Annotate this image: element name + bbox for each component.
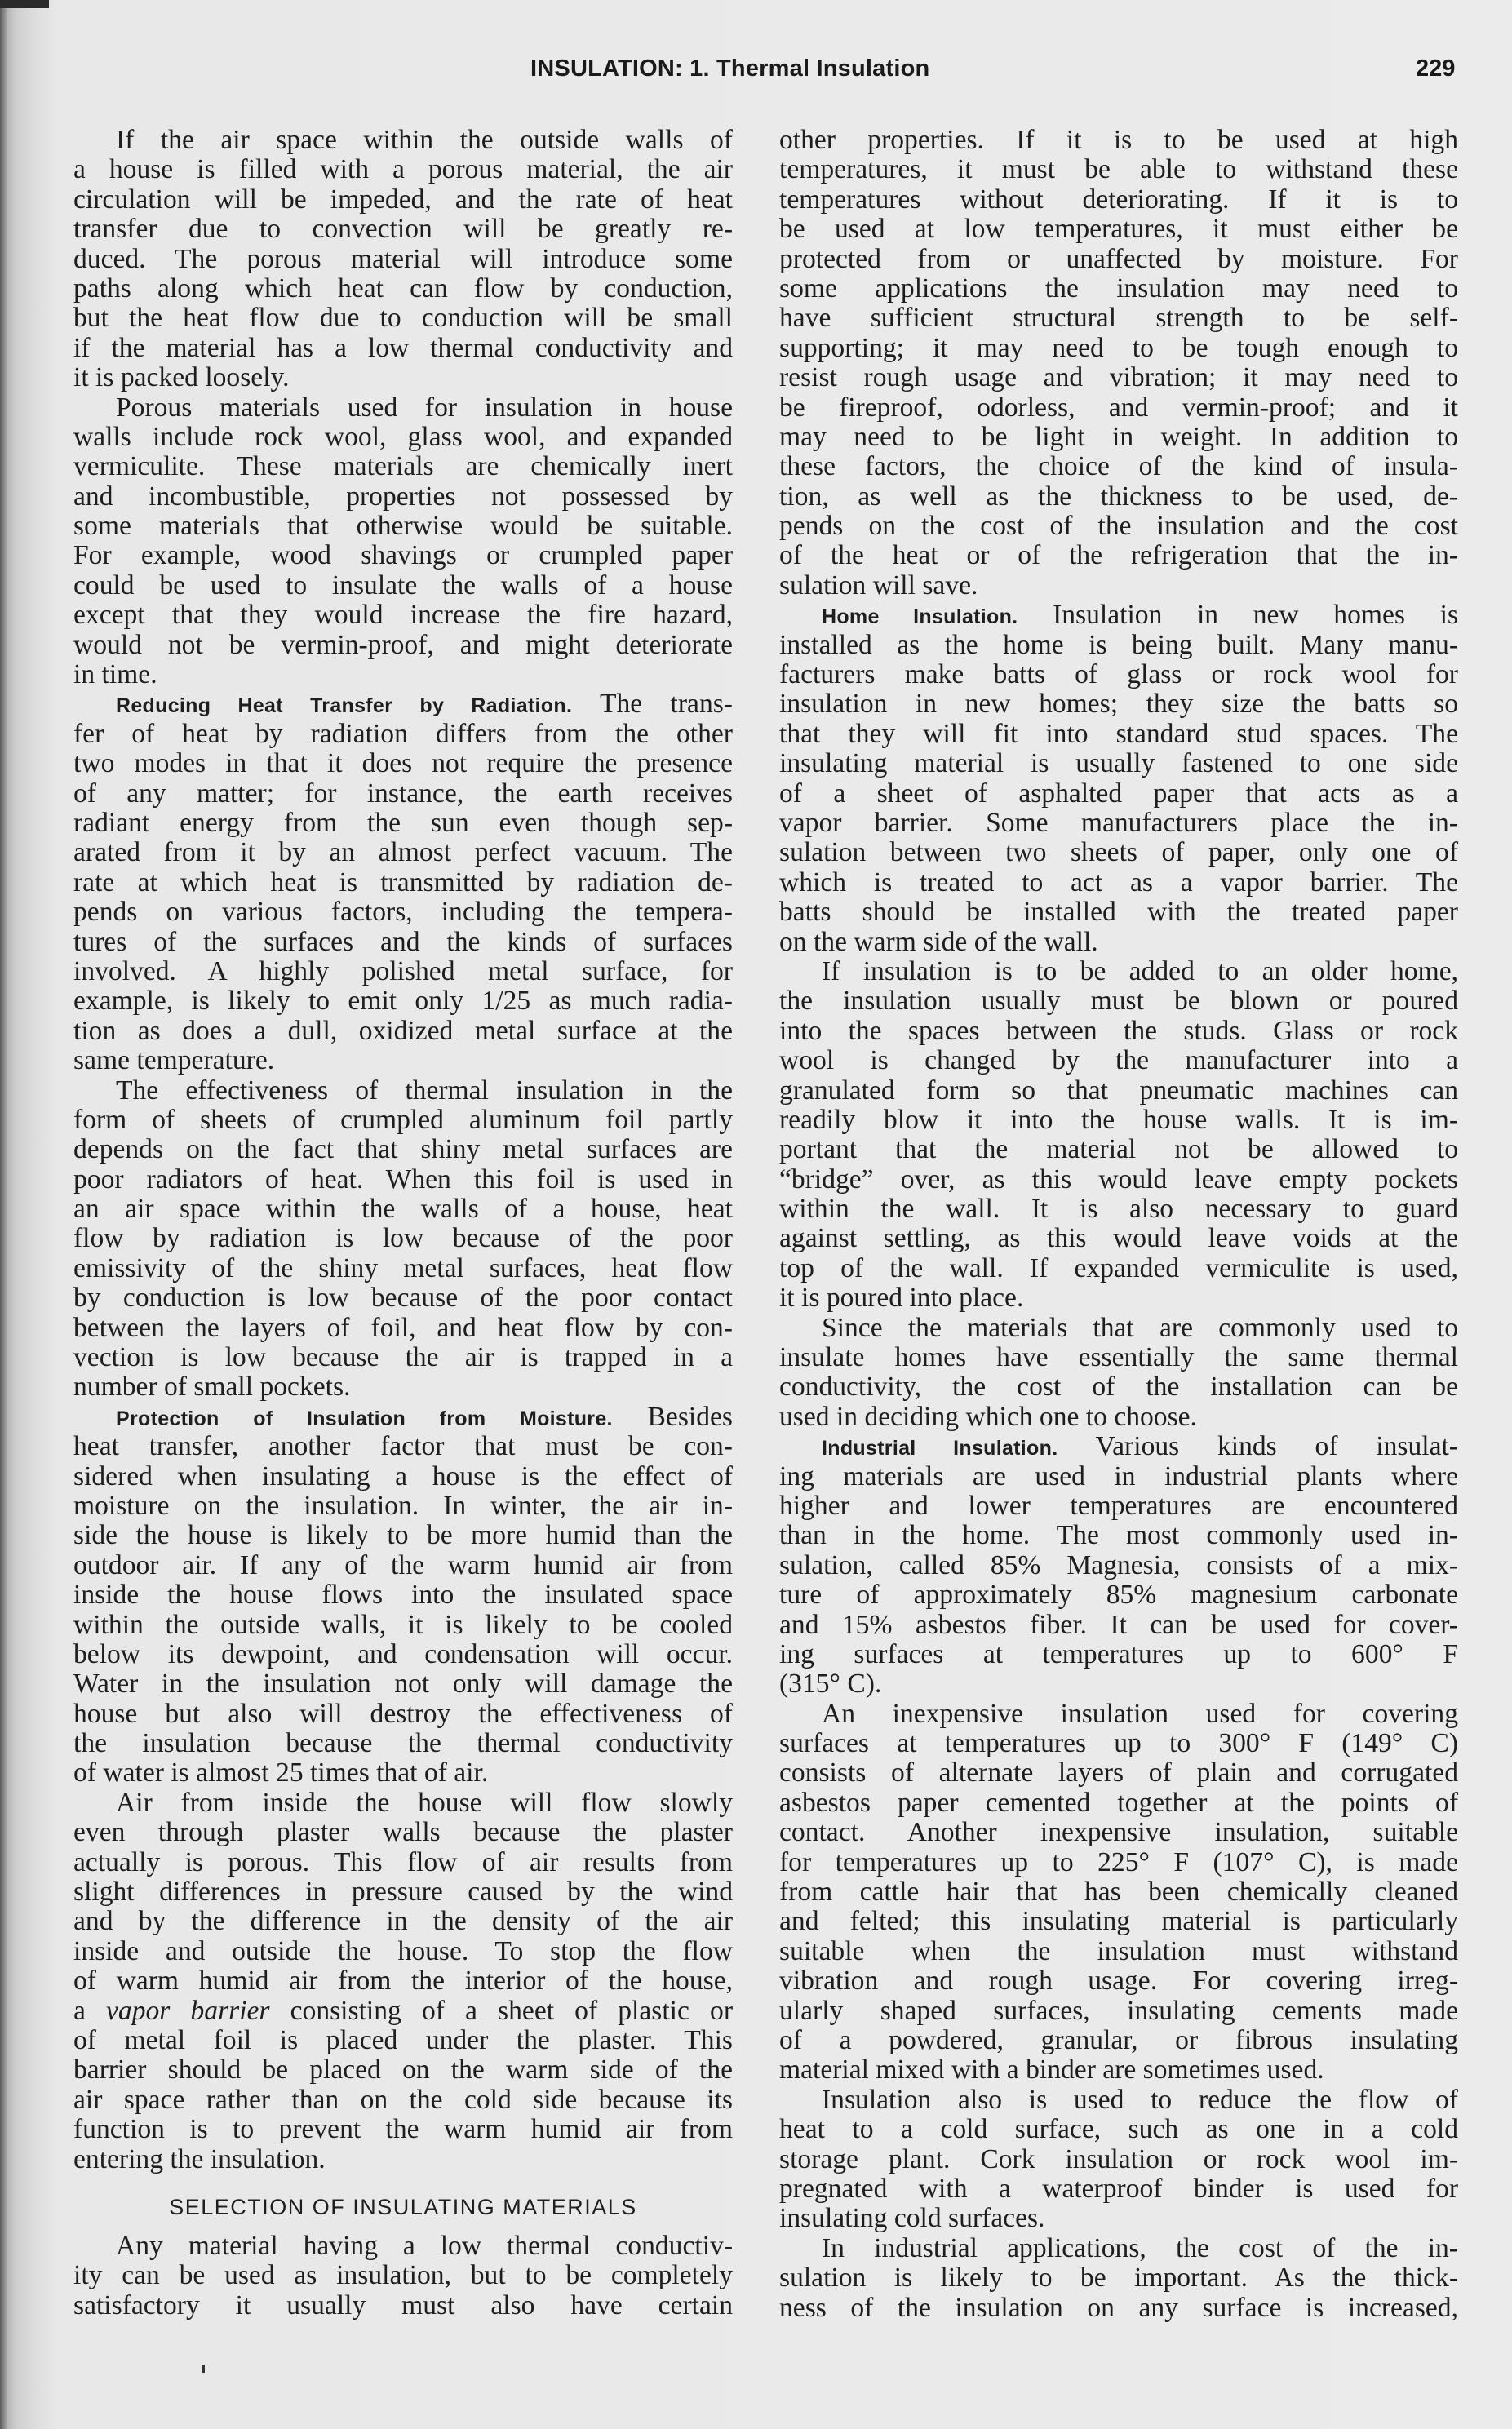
paragraph-line: entering the insulation. <box>73 2145 733 2174</box>
paragraph-line: two modes in that it does not require th… <box>73 749 733 778</box>
paragraph-line: ing surfaces at temperatures up to 600° … <box>779 1640 1458 1669</box>
left-column: If the air space within the outside wall… <box>73 126 733 2320</box>
paragraph-line: the insulation because the thermal condu… <box>73 1729 733 1758</box>
paragraph-aluminum-foil: The effectiveness of thermal insulation … <box>73 1076 733 1403</box>
term-vapor-barrier: vapor barrier <box>106 1996 269 2026</box>
paragraph-line: by conduction is low because of the poor… <box>73 1283 733 1313</box>
run-in-heading-home: Home Insulation. <box>822 605 1018 628</box>
paragraph-line: depends on the fact that shiny metal sur… <box>73 1135 733 1164</box>
running-head: INSULATION: 1. Thermal Insulation 229 <box>0 55 1512 88</box>
paragraph-line: If the air space within the outside wall… <box>73 126 733 155</box>
paragraph-line: “bridge” over, as this would leave empty… <box>779 1165 1458 1195</box>
paragraph-line: supporting; it may need to be tough enou… <box>779 334 1458 363</box>
paragraph-line: batts should be installed with the treat… <box>779 898 1458 927</box>
paragraph-line: sulation is likely to be important. As t… <box>779 2263 1458 2293</box>
paragraph-line: contact. Another inexpensive insulation,… <box>779 1818 1458 1847</box>
paragraph-line: higher and lower temperatures are encoun… <box>779 1492 1458 1521</box>
paragraph-line: except that they would increase the fire… <box>73 601 733 630</box>
paragraph-line: Reducing Heat Transfer by Radiation. The… <box>73 689 733 719</box>
paragraph-older-home: If insulation is to be added to an older… <box>779 957 1458 1314</box>
paragraph-line: emissivity of the shiny metal surfaces, … <box>73 1254 733 1283</box>
paragraph-line: inside and outside the house. To stop th… <box>73 1937 733 1966</box>
paragraph-line: sidered when insulating a house is the e… <box>73 1462 733 1492</box>
paragraph-other-properties: other properties. If it is to be used at… <box>779 126 1458 601</box>
paragraph-line: against settling, as this would leave vo… <box>779 1224 1458 1253</box>
paragraph-line: vermiculite. These materials are chemica… <box>73 452 733 481</box>
paragraph-porous-fill: If the air space within the outside wall… <box>73 126 733 393</box>
paragraph-line: tures of the surfaces and the kinds of s… <box>73 928 733 957</box>
paragraph-line: protected from or unaffected by moisture… <box>779 245 1458 274</box>
paragraph-vapor-barrier: Air from inside the house will flow slow… <box>73 1789 733 2174</box>
paragraph-line: be used at low temperatures, it must eit… <box>779 215 1458 244</box>
paragraph-line: than in the home. The most commonly used… <box>779 1521 1458 1550</box>
paragraph-line: resist rough usage and vibration; it may… <box>779 363 1458 392</box>
paragraph-line: below its dewpoint, and condensation wil… <box>73 1640 733 1669</box>
paragraph-line: vibration and rough usage. For covering … <box>779 1966 1458 1996</box>
paragraph-line: of any matter; for instance, the earth r… <box>73 779 733 809</box>
paragraph-line: duced. The porous material will introduc… <box>73 245 733 274</box>
paragraph-line: some materials that otherwise would be s… <box>73 512 733 541</box>
paragraph-line: Home Insulation. Insulation in new homes… <box>779 601 1458 630</box>
paragraph-line: same temperature. <box>73 1046 733 1075</box>
paragraph-line: Water in the insulation not only will da… <box>73 1669 733 1699</box>
run-in-heading-industrial: Industrial Insulation. <box>822 1437 1058 1460</box>
paragraph-line: of water is almost 25 times that of air. <box>73 1758 733 1788</box>
paragraph-moisture: Protection of Insulation from Moisture. … <box>73 1403 733 1789</box>
paragraph-line: suitable when the insulation must withst… <box>779 1937 1458 1966</box>
paragraph-line: temperatures, it must be able to withsta… <box>779 155 1458 184</box>
paragraph-line: from cattle hair that has been chemicall… <box>779 1877 1458 1907</box>
paragraph-line: storage plant. Cork insulation or rock w… <box>779 2145 1458 2174</box>
paragraph-line: that they will fit into standard stud sp… <box>779 720 1458 749</box>
paragraph-line: these factors, the choice of the kind of… <box>779 452 1458 481</box>
paragraph-line: rate at which heat is transmitted by rad… <box>73 868 733 898</box>
paragraph-line: ity can be used as insulation, but to be… <box>73 2261 733 2290</box>
paragraph-line: have sufficient structural strength to b… <box>779 304 1458 333</box>
paragraph-line: and felted; this insulating material is … <box>779 1907 1458 1936</box>
paragraph-porous-materials: Porous materials used for insulation in … <box>73 393 733 690</box>
paragraph-line: asbestos paper cemented together at the … <box>779 1789 1458 1818</box>
paragraph-line: consists of alternate layers of plain an… <box>779 1758 1458 1788</box>
paragraph-line: Since the materials that are commonly us… <box>779 1314 1458 1343</box>
paragraph-line: but the heat flow due to conduction will… <box>73 304 733 333</box>
paragraph-line: readily blow it into the house walls. It… <box>779 1106 1458 1135</box>
paragraph-radiation: Reducing Heat Transfer by Radiation. The… <box>73 689 733 1075</box>
running-title: INSULATION: 1. Thermal Insulation <box>530 55 929 82</box>
paragraph-line: within the wall. It is also necessary to… <box>779 1195 1458 1224</box>
paragraph-line: function is to prevent the warm humid ai… <box>73 2115 733 2144</box>
right-column: other properties. If it is to be used at… <box>779 126 1458 2323</box>
paragraph-line: an air space within the walls of a house… <box>73 1195 733 1224</box>
paragraph-line: sulation will save. <box>779 571 1458 601</box>
paragraph-line: outdoor air. If any of the warm humid ai… <box>73 1551 733 1580</box>
paragraph-line: inside the house flows into the insulate… <box>73 1580 733 1610</box>
paragraph-line: insulating cold surfaces. <box>779 2204 1458 2233</box>
paragraph-cold-surface: Insulation also is used to reduce the fl… <box>779 2085 1458 2234</box>
paragraph-line: and 15% asbestos fiber. It can be used f… <box>779 1611 1458 1640</box>
paragraph-line: within the outside walls, it is likely t… <box>73 1611 733 1640</box>
paragraph-line: ture of approximately 85% magnesium carb… <box>779 1580 1458 1610</box>
paragraph-line: vection is low because the air is trappe… <box>73 1343 733 1372</box>
paragraph-line: into the spaces between the studs. Glass… <box>779 1017 1458 1046</box>
paragraph-line: the insulation usually must be blown or … <box>779 986 1458 1016</box>
book-page: INSULATION: 1. Thermal Insulation 229 If… <box>0 0 1512 2429</box>
paragraph-line: air space rather than on the cold side b… <box>73 2085 733 2115</box>
paragraph-line: other properties. If it is to be used at… <box>779 126 1458 155</box>
paragraph-line: An inexpensive insulation used for cover… <box>779 1700 1458 1729</box>
paragraph-line: temperatures without deteriorating. If i… <box>779 185 1458 215</box>
paragraph-industrial: Industrial Insulation. Various kinds of … <box>779 1432 1458 1700</box>
paragraph-line: pends on the cost of the insulation and … <box>779 512 1458 541</box>
paragraph-line: house but also will destroy the effectiv… <box>73 1700 733 1729</box>
paragraph-line: paths along which heat can flow by condu… <box>73 274 733 304</box>
paragraph-line: heat transfer, another factor that must … <box>73 1432 733 1461</box>
paragraph-line: on the warm side of the wall. <box>779 928 1458 957</box>
paragraph-line: form of sheets of crumpled aluminum foil… <box>73 1106 733 1135</box>
paragraph-line: vapor barrier. Some manufacturers place … <box>779 809 1458 838</box>
paragraph-line: heat to a cold surface, such as one in a… <box>779 2115 1458 2144</box>
paragraph-line: may need to be light in weight. In addit… <box>779 423 1458 452</box>
paragraph-line: pends on various factors, including the … <box>73 898 733 927</box>
paragraph-line: a vapor barrier consisting of a sheet of… <box>73 1997 733 2026</box>
paragraph-line: of a powdered, granular, or fibrous insu… <box>779 2026 1458 2055</box>
paragraph-line: involved. A highly polished metal surfac… <box>73 957 733 986</box>
paragraph-line: between the layers of foil, and heat flo… <box>73 1314 733 1343</box>
paragraph-line: ness of the insulation on any surface is… <box>779 2294 1458 2323</box>
paragraph-line: pregnated with a waterproof binder is us… <box>779 2174 1458 2204</box>
page-spine-shadow <box>0 0 7 2429</box>
paragraph-line: of the heat or of the refrigeration that… <box>779 541 1458 570</box>
paragraph-line: of metal foil is placed under the plaste… <box>73 2026 733 2055</box>
paragraph-line: would not be vermin-proof, and might det… <box>73 631 733 660</box>
paragraph-line: tion, as well as the thickness to be use… <box>779 482 1458 512</box>
paragraph-line: Industrial Insulation. Various kinds of … <box>779 1432 1458 1461</box>
paragraph-line: actually is porous. This flow of air res… <box>73 1848 733 1877</box>
paragraph-line: and by the difference in the density of … <box>73 1907 733 1936</box>
paragraph-line: example, is likely to emit only 1/25 as … <box>73 986 733 1016</box>
paragraph-line: sulation between two sheets of paper, on… <box>779 838 1458 867</box>
paragraph-line: The effectiveness of thermal insulation … <box>73 1076 733 1106</box>
paragraph-line: portant that the material not be allowed… <box>779 1135 1458 1164</box>
paragraph-line: side the house is likely to be more humi… <box>73 1521 733 1550</box>
paragraph-line: arated from it by an almost perfect vacu… <box>73 838 733 867</box>
paragraph-line: surfaces at temperatures up to 300° F (1… <box>779 1729 1458 1758</box>
paragraph-home-insulation: Home Insulation. Insulation in new homes… <box>779 601 1458 957</box>
paragraph-line: used in deciding which one to choose. <box>779 1403 1458 1432</box>
paragraph-line: slight differences in pressure caused by… <box>73 1877 733 1907</box>
paragraph-line: ing materials are used in industrial pla… <box>779 1462 1458 1492</box>
paragraph-line: which is treated to act as a vapor barri… <box>779 868 1458 898</box>
paragraph-line: wool is changed by the manufacturer into… <box>779 1046 1458 1075</box>
paragraph-line: flow by radiation is low because of the … <box>73 1224 733 1253</box>
paragraph-line: circulation will be impeded, and the rat… <box>73 185 733 215</box>
paragraph-line: granulated form so that pneumatic machin… <box>779 1076 1458 1106</box>
paragraph-line: facturers make batts of glass or rock wo… <box>779 660 1458 689</box>
paragraph-line: insulation in new homes; they size the b… <box>779 689 1458 719</box>
paragraph-line: If insulation is to be added to an older… <box>779 957 1458 986</box>
paragraph-line: top of the wall. If expanded vermiculite… <box>779 1254 1458 1283</box>
paragraph-line: fer of heat by radiation differs from th… <box>73 720 733 749</box>
paragraph-line: conductivity, the cost of the installati… <box>779 1372 1458 1402</box>
run-in-heading-radiation: Reducing Heat Transfer by Radiation. <box>116 694 572 717</box>
paragraph-line: if the material has a low thermal conduc… <box>73 334 733 363</box>
paragraph-line: insulate homes have essentially the same… <box>779 1343 1458 1372</box>
paragraph-line: installed as the home is being built. Ma… <box>779 631 1458 660</box>
paragraph-line: barrier should be placed on the warm sid… <box>73 2055 733 2085</box>
paragraph-line: even through plaster walls because the p… <box>73 1818 733 1847</box>
paragraph-line: it is poured into place. <box>779 1283 1458 1313</box>
paragraph-line: could be used to insulate the walls of a… <box>73 571 733 601</box>
paragraph-line: radiant energy from the sun even though … <box>73 809 733 838</box>
paragraph-line: for temperatures up to 225° F (107° C), … <box>779 1848 1458 1877</box>
paragraph-line: insulating material is usually fastened … <box>779 749 1458 778</box>
paragraph-line: be fireproof, odorless, and vermin-proof… <box>779 393 1458 423</box>
paragraph-line: in time. <box>73 660 733 689</box>
paragraph-line: transfer due to convection will be great… <box>73 215 733 244</box>
paragraph-line: Protection of Insulation from Moisture. … <box>73 1403 733 1432</box>
paragraph-line: material mixed with a binder are sometim… <box>779 2055 1458 2085</box>
print-speck <box>202 2365 205 2373</box>
paragraph-inexpensive: An inexpensive insulation used for cover… <box>779 1700 1458 2085</box>
paragraph-line: Insulation also is used to reduce the fl… <box>779 2085 1458 2115</box>
paragraph-line: For example, wood shavings or crumpled p… <box>73 541 733 570</box>
paragraph-industrial-cost: In industrial applications, the cost of … <box>779 2234 1458 2323</box>
paragraph-line: Any material having a low thermal conduc… <box>73 2232 733 2261</box>
page-number: 229 <box>1416 55 1455 82</box>
paragraph-cost-choice: Since the materials that are commonly us… <box>779 1314 1458 1433</box>
paragraph-line: a house is filled with a porous material… <box>73 155 733 184</box>
paragraph-line: poor radiators of heat. When this foil i… <box>73 1165 733 1195</box>
paragraph-line: tion as does a dull, oxidized metal surf… <box>73 1017 733 1046</box>
section-heading: SELECTION OF INSULATING MATERIALS <box>73 2192 733 2222</box>
page-corner-shadow <box>0 0 49 8</box>
paragraph-line: sulation, called 85% Magnesia, consists … <box>779 1551 1458 1580</box>
paragraph-line: some applications the insulation may nee… <box>779 274 1458 304</box>
paragraph-line: Porous materials used for insulation in … <box>73 393 733 423</box>
paragraph-line: satisfactory it usually must also have c… <box>73 2291 733 2320</box>
paragraph-line: moisture on the insulation. In winter, t… <box>73 1492 733 1521</box>
run-in-heading-moisture: Protection of Insulation from Moisture. <box>116 1407 613 1430</box>
paragraph-line: of warm humid air from the interior of t… <box>73 1966 733 1996</box>
paragraph-selection: Any material having a low thermal conduc… <box>73 2232 733 2320</box>
paragraph-line: (315° C). <box>779 1669 1458 1699</box>
paragraph-line: ularly shaped surfaces, insulating cemen… <box>779 1997 1458 2026</box>
paragraph-line: Air from inside the house will flow slow… <box>73 1789 733 1818</box>
paragraph-line: of a sheet of asphalted paper that acts … <box>779 779 1458 809</box>
paragraph-line: it is packed loosely. <box>73 363 733 392</box>
paragraph-line: number of small pockets. <box>73 1372 733 1402</box>
paragraph-line: and incombustible, properties not posses… <box>73 482 733 512</box>
paragraph-line: walls include rock wool, glass wool, and… <box>73 423 733 452</box>
paragraph-line: In industrial applications, the cost of … <box>779 2234 1458 2263</box>
